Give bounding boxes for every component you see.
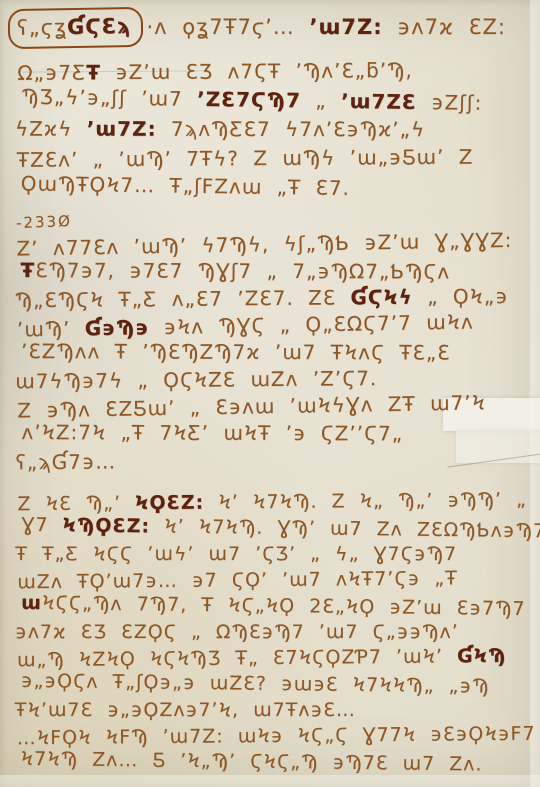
- script-line: Ɣ7 ϞϠϘƐZ: Ϟʼ Ϟ7ϞϠ. ƔϠʼ ɯ7 Zʌ ZƐΩϠƄʌ϶Ϡ7: [14, 512, 540, 544]
- script-word: ʌʼϞZ:7Ϟ „Ŧ 7ϞƸʼ ɯϞŦ ʼ϶ ϚZʼʼϚ7„: [21, 420, 403, 445]
- script-word: Ŧ Ŧ„Ƹ ϞϚϚ ʼɯϟʼ ɯ7 ʼϚƷʼ „ ϟ„ Ɣ7Ϛ϶Ϡ7: [15, 543, 457, 565]
- script-line: ϶„϶ϘϚʌ Ŧ„ʃϘ϶„϶ ɯZƐ? ϶ɯ϶Ɛ Ϟ7ϞϞϠ„ „϶Ϡ: [14, 668, 540, 700]
- script-word: „ ϘϞ„϶: [413, 284, 509, 309]
- script-word: Ω„϶7Ƹ: [17, 60, 86, 84]
- script-line: ϟZϰϟ ʼɯ7Z: 7ϡʌϠƸƐ7 ϟ7ʌʼƐ϶Ϡϰʼ„ϟ: [14, 115, 540, 145]
- script-word-dark: ʼɯ7Z:: [87, 117, 157, 141]
- script-word-dark: ʼZƐ7ϚϠ7: [197, 87, 301, 112]
- script-line: ŦƐϠ7϶7, ϶7Ɛ7 ϠƔʃ7 „ 7„϶ϠΩ7„ƄϠϚʌ: [14, 257, 540, 286]
- script-word: ɯ„Ϡ ϞZϞϘ ϞϚϞϠƷ Ŧ„ Ɛ7ϞϚϘZƤ7 ʼɯϞʼ: [17, 645, 457, 671]
- header-tail: ϶ʌ7ϰ ƐZ:: [397, 15, 506, 39]
- script-word: ŦϞʼɯ7Ɛ ϶„϶ϘZʌ϶7ʼϞ, ɯ7Ŧʌ϶Ɛ…: [15, 699, 356, 721]
- margin-note-number: -233Ø: [16, 212, 72, 232]
- cartouche-text-light: ʕ„ϛʓ: [17, 15, 67, 40]
- header-line: ʕ„ϛʓƓϚƐϡ·ʌ ϙʓ7Ŧ7ϛʼ… ʼɯ7Z: ϶ʌ7ϰ ƐZ:: [8, 8, 506, 48]
- manuscript-page: ʕ„ϛʓƓϚƐϡ·ʌ ϙʓ7Ŧ7ϛʼ… ʼɯ7Z: ϶ʌ7ϰ ƐZ: Ω„϶7Ƹ…: [0, 0, 540, 787]
- script-word: …ϞϜϘϞ ϞϜϠ ʼɯ7Z: ɯϞ϶ ϞϚ„Ϛ Ɣ77Ϟ ϶Ɛ϶ϘϞ϶Ϝ7: [17, 723, 536, 750]
- script-word: Z ϶Ϡʌ ƐZƼɯʼ „ Ɛ϶ʌɯ ʼɯϞϟƔʌ ZŦ ɯ7ʼϞ: [17, 390, 486, 422]
- script-word-dark: Ɠ϶Ϡ϶: [85, 315, 150, 340]
- script-word: ϞϚϚ„Ϡʌ 7Ϡ7, Ŧ ϞϚ„ϞϘ 2Ɛ„ϞϘ ϶Zʼɯ Ɛ϶7Ϡ7: [42, 592, 526, 620]
- script-line: ϶ʌ7ϰ ƐƷ ƐZϘϚ „ ΩϠƐ϶Ϡ7 ʼɯ7 Ϛ„϶϶Ϡʌʼ: [14, 619, 540, 645]
- script-word: Ϟ7ϞϠ Zʌ… Ƽ ʼϞ„Ϡʼ ϚϞϚ„Ϡ ϶Ϡ7Ɛ ɯ7 Zʌ.: [20, 748, 482, 776]
- script-word-dark: ϞϘƐZ:: [135, 492, 204, 515]
- script-word: Ϟʼ Ϟ7ϞϠ. ƔϠʼ ɯ7 Zʌ ZƐΩϠƄʌ϶Ϡ7: [150, 515, 540, 542]
- script-word: ϘɯϠŦϘϞ7… Ŧ„ʃϜZʌɯ „Ŧ Ɛ7.: [21, 171, 351, 200]
- script-word: ʕ„ϡƓ7϶…: [15, 449, 116, 474]
- paragraph-3: Z ϞƐ Ϡ„ʼ ϞϘƐZ: Ϟʼ Ϟ7ϞϠ. Z Ϟ„ Ϡ„ʼ ϶ϠϠʼ „Ɣ…: [14, 488, 540, 776]
- header-emphasis-word: ʼɯ7Z:: [310, 15, 383, 39]
- cartouche-box: ʕ„ϛʓƓϚƐϡ: [8, 7, 143, 49]
- script-word: Ɣ7: [21, 514, 62, 537]
- script-line: Ŧ Ŧ„Ƹ ϞϚϚ ʼɯϟʼ ɯ7 ʼϚƷʼ „ ϟ„ Ɣ7Ϛ϶Ϡ7: [14, 541, 540, 567]
- script-word-dark: ϞϠϘƐZ:: [62, 514, 150, 537]
- script-word: ɯ7ϟϠ϶7ϟ „ ϘϚϞZƐ ɯZʌ ʼZʼϚ7.: [15, 366, 377, 393]
- script-word: ϟZϰϟ: [15, 117, 87, 141]
- script-word: ϶ʌ7ϰ ƐƷ ƐZϘϚ „ ΩϠƐ϶Ϡ7 ʼɯ7 Ϛ„϶϶Ϡʌʼ: [15, 621, 459, 643]
- script-word-dark: ƓϞϠ: [457, 645, 507, 667]
- script-word: Ϟʼ Ϟ7ϞϠ. Z Ϟ„ Ϡ„ʼ ϶ϠϠʼ „: [204, 489, 527, 514]
- script-line: ϠƷ„ϟʼ϶„ʃʃ ʼɯ7 ʼZƐ7ϚϠ7 „ ʼɯ7ZƐ ϶Zʃʃ:: [14, 82, 540, 118]
- script-line: Ϟ7ϞϠ Zʌ… Ƽ ʼϞ„Ϡʼ ϚϞϚ„Ϡ ϶Ϡ7Ɛ ɯ7 Zʌ.: [13, 746, 539, 778]
- script-word: „: [301, 88, 341, 113]
- cartouche-text-dark: ƓϚƐϡ: [67, 14, 132, 39]
- script-word: ʼƐZϠʌʌ Ŧ ʼϠƐϠZϠ7ϰ ʼɯ7 ŦϞʌϚ ŦƐ„Ɛ: [21, 339, 451, 364]
- script-word-dark: Ŧ: [21, 258, 36, 282]
- script-word: Ϡ„ƐϠϚϞ Ŧ„Ƹ ʌ„Ɛ7 ʼZƐ7. ZƐ: [15, 285, 351, 312]
- script-word: ϶Ϟʌ ϠƔϚ „ Ϙ„ƐΩϚ7ʼ7 ɯϞʌ: [149, 310, 474, 340]
- script-word-dark: Ŧ: [86, 60, 101, 84]
- script-line: ɯϞϚϚ„Ϡʌ 7Ϡ7, Ŧ ϞϚ„ϞϘ 2Ɛ„ϞϘ ϶Zʼɯ Ɛ϶7Ϡ7: [14, 590, 540, 622]
- script-word: ŦZƐʌʼ „ ʼɯϠʼ 7Ŧϟ? Z ɯϠϟ ʼɯ„϶Ƽɯʼ Z: [17, 145, 474, 172]
- script-word: 7ϡʌϠƸƐ7 ϟ7ʌʼƐ϶Ϡϰʼ„ϟ: [157, 117, 426, 141]
- script-word-dark: ʼɯ7ZƐ: [341, 89, 417, 114]
- script-word-dark: ɯ: [21, 592, 42, 614]
- script-word-dark: ƓϚϞϟ: [350, 285, 413, 310]
- script-word: ϶Zʼɯ ƐƷ ʌ7ϚŦ ʼϠʌʼƐ„ƃʼϠ,: [101, 58, 413, 84]
- script-line: ʌʼϞZ:7Ϟ „Ŧ 7ϞƸʼ ɯϞŦ ʼ϶ ϚZʼʼϚ7„: [14, 419, 540, 448]
- header-after-box: ·ʌ ϙʓ7Ŧ7ϛʼ…: [147, 15, 295, 39]
- script-line: ʼƐZϠʌʌ Ŧ ʼϠƐϠZϠ7ϰ ʼɯ7 ŦϞʌϚ ŦƐ„Ɛ: [14, 338, 540, 367]
- paragraph-2: Zʼ ʌ77Ɛʌ ʼɯϠʼ ϟ7Ϡϟ, ϟʃ„ϠƄ ϶Zʼɯ Ɣ„ƔƔZ:ŦƐϠ…: [13, 230, 540, 476]
- script-word: ɯZʌ ŦϘʼɯ7϶… ϶7 ϚϘʼ ʼɯ7 ʌϞŦ7ʼϚ϶ „Ŧ: [17, 567, 458, 593]
- script-line: ϘɯϠŦϘϞ7… Ŧ„ʃϜZʌɯ „Ŧ Ɛ7.: [14, 169, 540, 205]
- script-word: ϶„϶ϘϚʌ Ŧ„ʃϘ϶„϶ ɯZƐ? ϶ɯ϶Ɛ Ϟ7ϞϞϠ„ „϶Ϡ: [21, 670, 490, 698]
- script-word: ϠƷ„ϟʼ϶„ʃʃ ʼɯ7: [21, 84, 197, 110]
- script-line: ŦϞʼɯ7Ɛ ϶„϶ϘZʌ϶7ʼϞ, ɯ7Ŧʌ϶Ɛ…: [14, 697, 540, 723]
- script-word: ƐϠ7϶7, ϶7Ɛ7 ϠƔʃ7 „ 7„϶ϠΩ7„ƄϠϚʌ: [35, 258, 450, 283]
- script-word: Zʼ ʌ77Ɛʌ ʼɯϠʼ ϟ7Ϡϟ, ϟʃ„ϠƄ ϶Zʼɯ Ɣ„ƔƔZ:: [16, 228, 512, 261]
- script-word: ϶Zʃʃ:: [417, 90, 483, 115]
- script-line: ʕ„ϡƓ7϶…: [14, 445, 540, 477]
- paragraph-1: Ω„϶7ƸŦ ϶Zʼɯ ƐƷ ʌ7ϚŦ ʼϠʌʼƐ„ƃʼϠ,ϠƷ„ϟʼ϶„ʃʃ …: [14, 56, 540, 204]
